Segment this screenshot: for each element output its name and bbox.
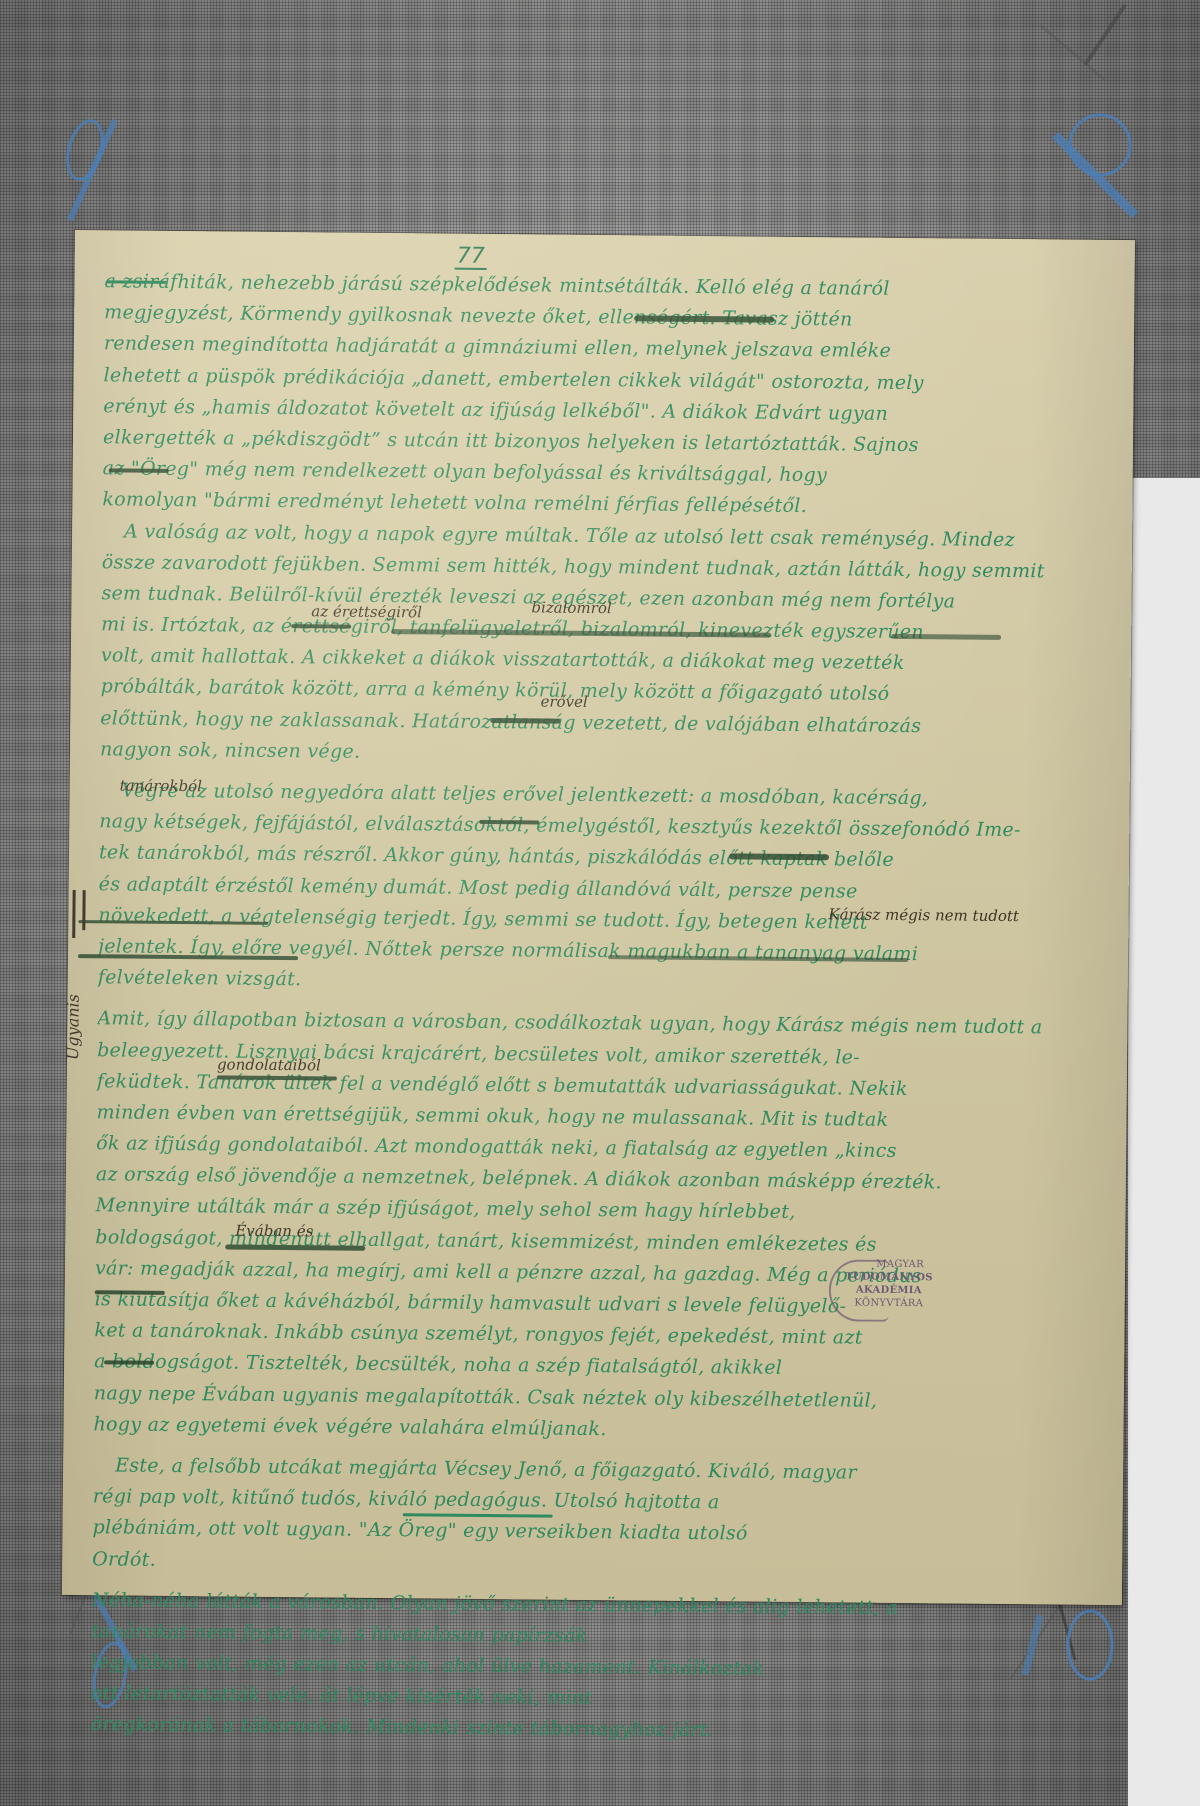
manuscript-page: 77 a zsiráfhiták, nehezebb járású szépke… — [62, 230, 1135, 1605]
stamp-border — [829, 1259, 890, 1322]
corner-mark-top-right-icon — [1010, 0, 1170, 230]
strike-through — [109, 468, 169, 473]
page-number: 77 — [455, 246, 487, 270]
strike-through — [479, 820, 539, 825]
interlinear-note: Kárász mégis nem tudott — [828, 905, 1019, 925]
strike-through — [490, 718, 560, 724]
interlinear-note: bizalomról — [531, 598, 611, 617]
margin-note: Ugyanis — [63, 910, 94, 1060]
strike-through — [729, 853, 829, 860]
backing-card-strip — [1128, 478, 1200, 1806]
strike-through — [891, 634, 1001, 640]
interlinear-note: tanárokból — [120, 776, 202, 795]
interlinear-note: Évában és — [235, 1222, 313, 1241]
library-stamp: MAGYAR TUDOMÁNYOS AKADÉMIA KÖNYVTÁRA — [833, 1257, 946, 1324]
strike-through — [106, 280, 166, 284]
strike-through — [95, 1290, 165, 1295]
manuscript-text: a zsiráfhiták, nehezebb járású szépkelőd… — [90, 266, 1104, 1750]
interlinear-note: erővel — [540, 692, 587, 710]
corner-mark-top-left-icon — [45, 100, 135, 230]
interlinear-note: gondolataiból — [217, 1055, 321, 1074]
interlinear-note: az érettségiről — [311, 602, 422, 621]
strike-through — [104, 1360, 154, 1364]
strike-through — [291, 624, 351, 629]
